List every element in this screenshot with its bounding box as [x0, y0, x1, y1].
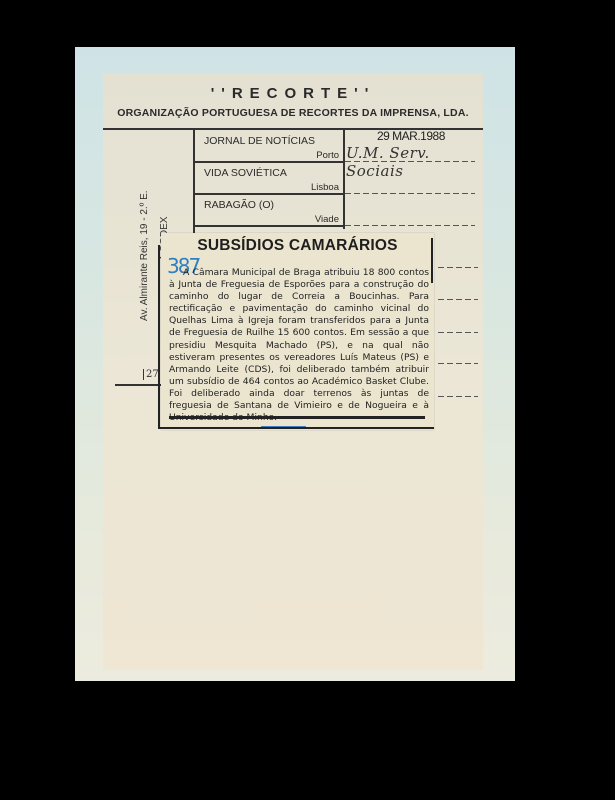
- date-stamp: 29 MAR.1988: [377, 129, 445, 143]
- right-rule: [438, 332, 478, 333]
- journal-city: Viade: [253, 214, 339, 225]
- handwritten-note: U.M. Serv. Sociais: [346, 144, 483, 180]
- right-rule: [438, 299, 478, 300]
- clip-border: [158, 427, 434, 429]
- newspaper-clipping: SUBSÍDIOS CAMARÁRIOS 387 A Câmara Munici…: [161, 233, 434, 430]
- form-title: ''RECORTE'': [103, 85, 483, 102]
- right-rule: [345, 193, 475, 194]
- journal-city: Porto: [253, 150, 339, 161]
- right-rule: [345, 225, 475, 226]
- row-rule: [193, 193, 343, 195]
- table-mid-rule: [343, 129, 345, 229]
- right-rule: [438, 396, 478, 397]
- journal-city: Lisboa: [253, 182, 339, 193]
- address-text: Av. Almirante Reis, 19 - 2.º E.: [139, 190, 150, 321]
- right-rule: [438, 267, 478, 268]
- row-rule: [193, 225, 343, 227]
- clip-border: [158, 245, 160, 428]
- form-subtitle: ORGANIZAÇÃO PORTUGUESA DE RECORTES DA IM…: [103, 107, 483, 119]
- clipping-headline: SUBSÍDIOS CAMARÁRIOS: [161, 237, 434, 255]
- journal-name: RABAGÃO (O): [204, 199, 274, 211]
- page-number: 27: [143, 369, 159, 380]
- row-rule: [193, 161, 343, 163]
- clipping-body: A Câmara Municipal de Braga atribuiu 18 …: [169, 267, 429, 424]
- bottom-left-rule: [115, 384, 161, 386]
- clip-end-bar: [169, 416, 425, 419]
- journal-name: VIDA SOVIÉTICA: [204, 167, 287, 179]
- right-rule: [438, 363, 478, 364]
- journal-name: JORNAL DE NOTÍCIAS: [204, 135, 315, 147]
